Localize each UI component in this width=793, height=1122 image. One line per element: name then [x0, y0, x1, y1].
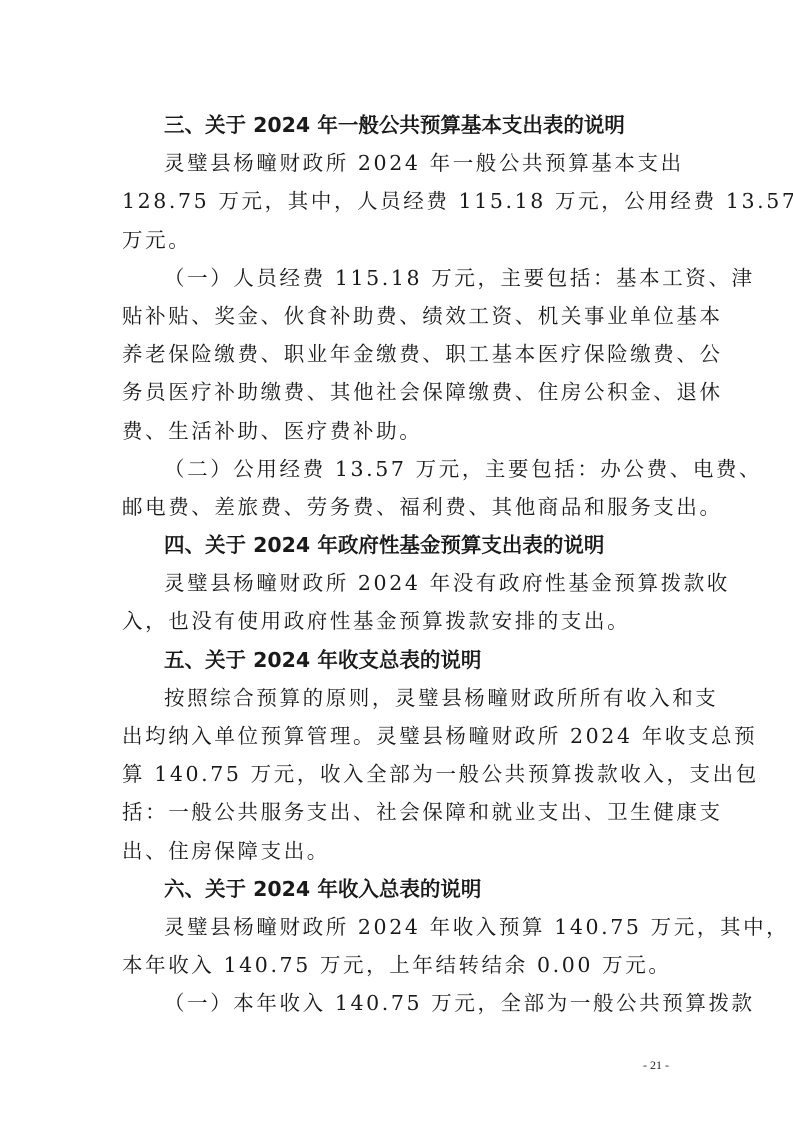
paragraph-line: 出均纳入单位预算管理。灵璧县杨疃财政所 2024 年收支总预: [122, 717, 664, 755]
section-heading-4: 四、关于 2024 年政府性基金预算支出表的说明: [122, 526, 664, 564]
paragraph-line: 费、生活补助、医疗费补助。: [122, 412, 664, 450]
paragraph-line: 贴补贴、奖金、伙食补助费、绩效工资、机关事业单位基本: [122, 297, 664, 335]
document-page: 三、关于 2024 年一般公共预算基本支出表的说明 灵璧县杨疃财政所 2024 …: [0, 0, 793, 1122]
paragraph-line: （一）本年收入 140.75 万元，全部为一般公共预算拨款: [122, 984, 664, 1022]
paragraph-line: （二）公用经费 13.57 万元，主要包括：办公费、电费、: [122, 450, 664, 488]
page-number: - 21 -: [643, 1058, 669, 1073]
paragraph-line: 入，也没有使用政府性基金预算拨款安排的支出。: [122, 602, 664, 640]
paragraph-line: 出、住房保障支出。: [122, 832, 664, 870]
paragraph-line: 万元。: [122, 221, 664, 259]
section-heading-3: 三、关于 2024 年一般公共预算基本支出表的说明: [122, 106, 664, 144]
section-heading-5: 五、关于 2024 年收支总表的说明: [122, 641, 664, 679]
paragraph-line: 务员医疗补助缴费、其他社会保障缴费、住房公积金、退休: [122, 373, 664, 411]
paragraph-line: 灵璧县杨疃财政所 2024 年收入预算 140.75 万元，其中，: [122, 908, 664, 946]
document-body: 三、关于 2024 年一般公共预算基本支出表的说明 灵璧县杨疃财政所 2024 …: [122, 106, 664, 1023]
paragraph-line: 括：一般公共服务支出、社会保障和就业支出、卫生健康支: [122, 793, 664, 831]
paragraph-line: 灵璧县杨疃财政所 2024 年没有政府性基金预算拨款收: [122, 564, 664, 602]
paragraph-line: 灵璧县杨疃财政所 2024 年一般公共预算基本支出: [122, 144, 664, 182]
paragraph-line: 算 140.75 万元，收入全部为一般公共预算拨款收入，支出包: [122, 755, 664, 793]
paragraph-line: 本年收入 140.75 万元，上年结转结余 0.00 万元。: [122, 946, 664, 984]
paragraph-line: 按照综合预算的原则，灵璧县杨疃财政所所有收入和支: [122, 679, 664, 717]
paragraph-line: 邮电费、差旅费、劳务费、福利费、其他商品和服务支出。: [122, 488, 664, 526]
paragraph-line: 养老保险缴费、职业年金缴费、职工基本医疗保险缴费、公: [122, 335, 664, 373]
paragraph-line: （一）人员经费 115.18 万元，主要包括：基本工资、津: [122, 259, 664, 297]
paragraph-line: 128.75 万元，其中，人员经费 115.18 万元，公用经费 13.57: [122, 182, 664, 220]
section-heading-6: 六、关于 2024 年收入总表的说明: [122, 870, 664, 908]
